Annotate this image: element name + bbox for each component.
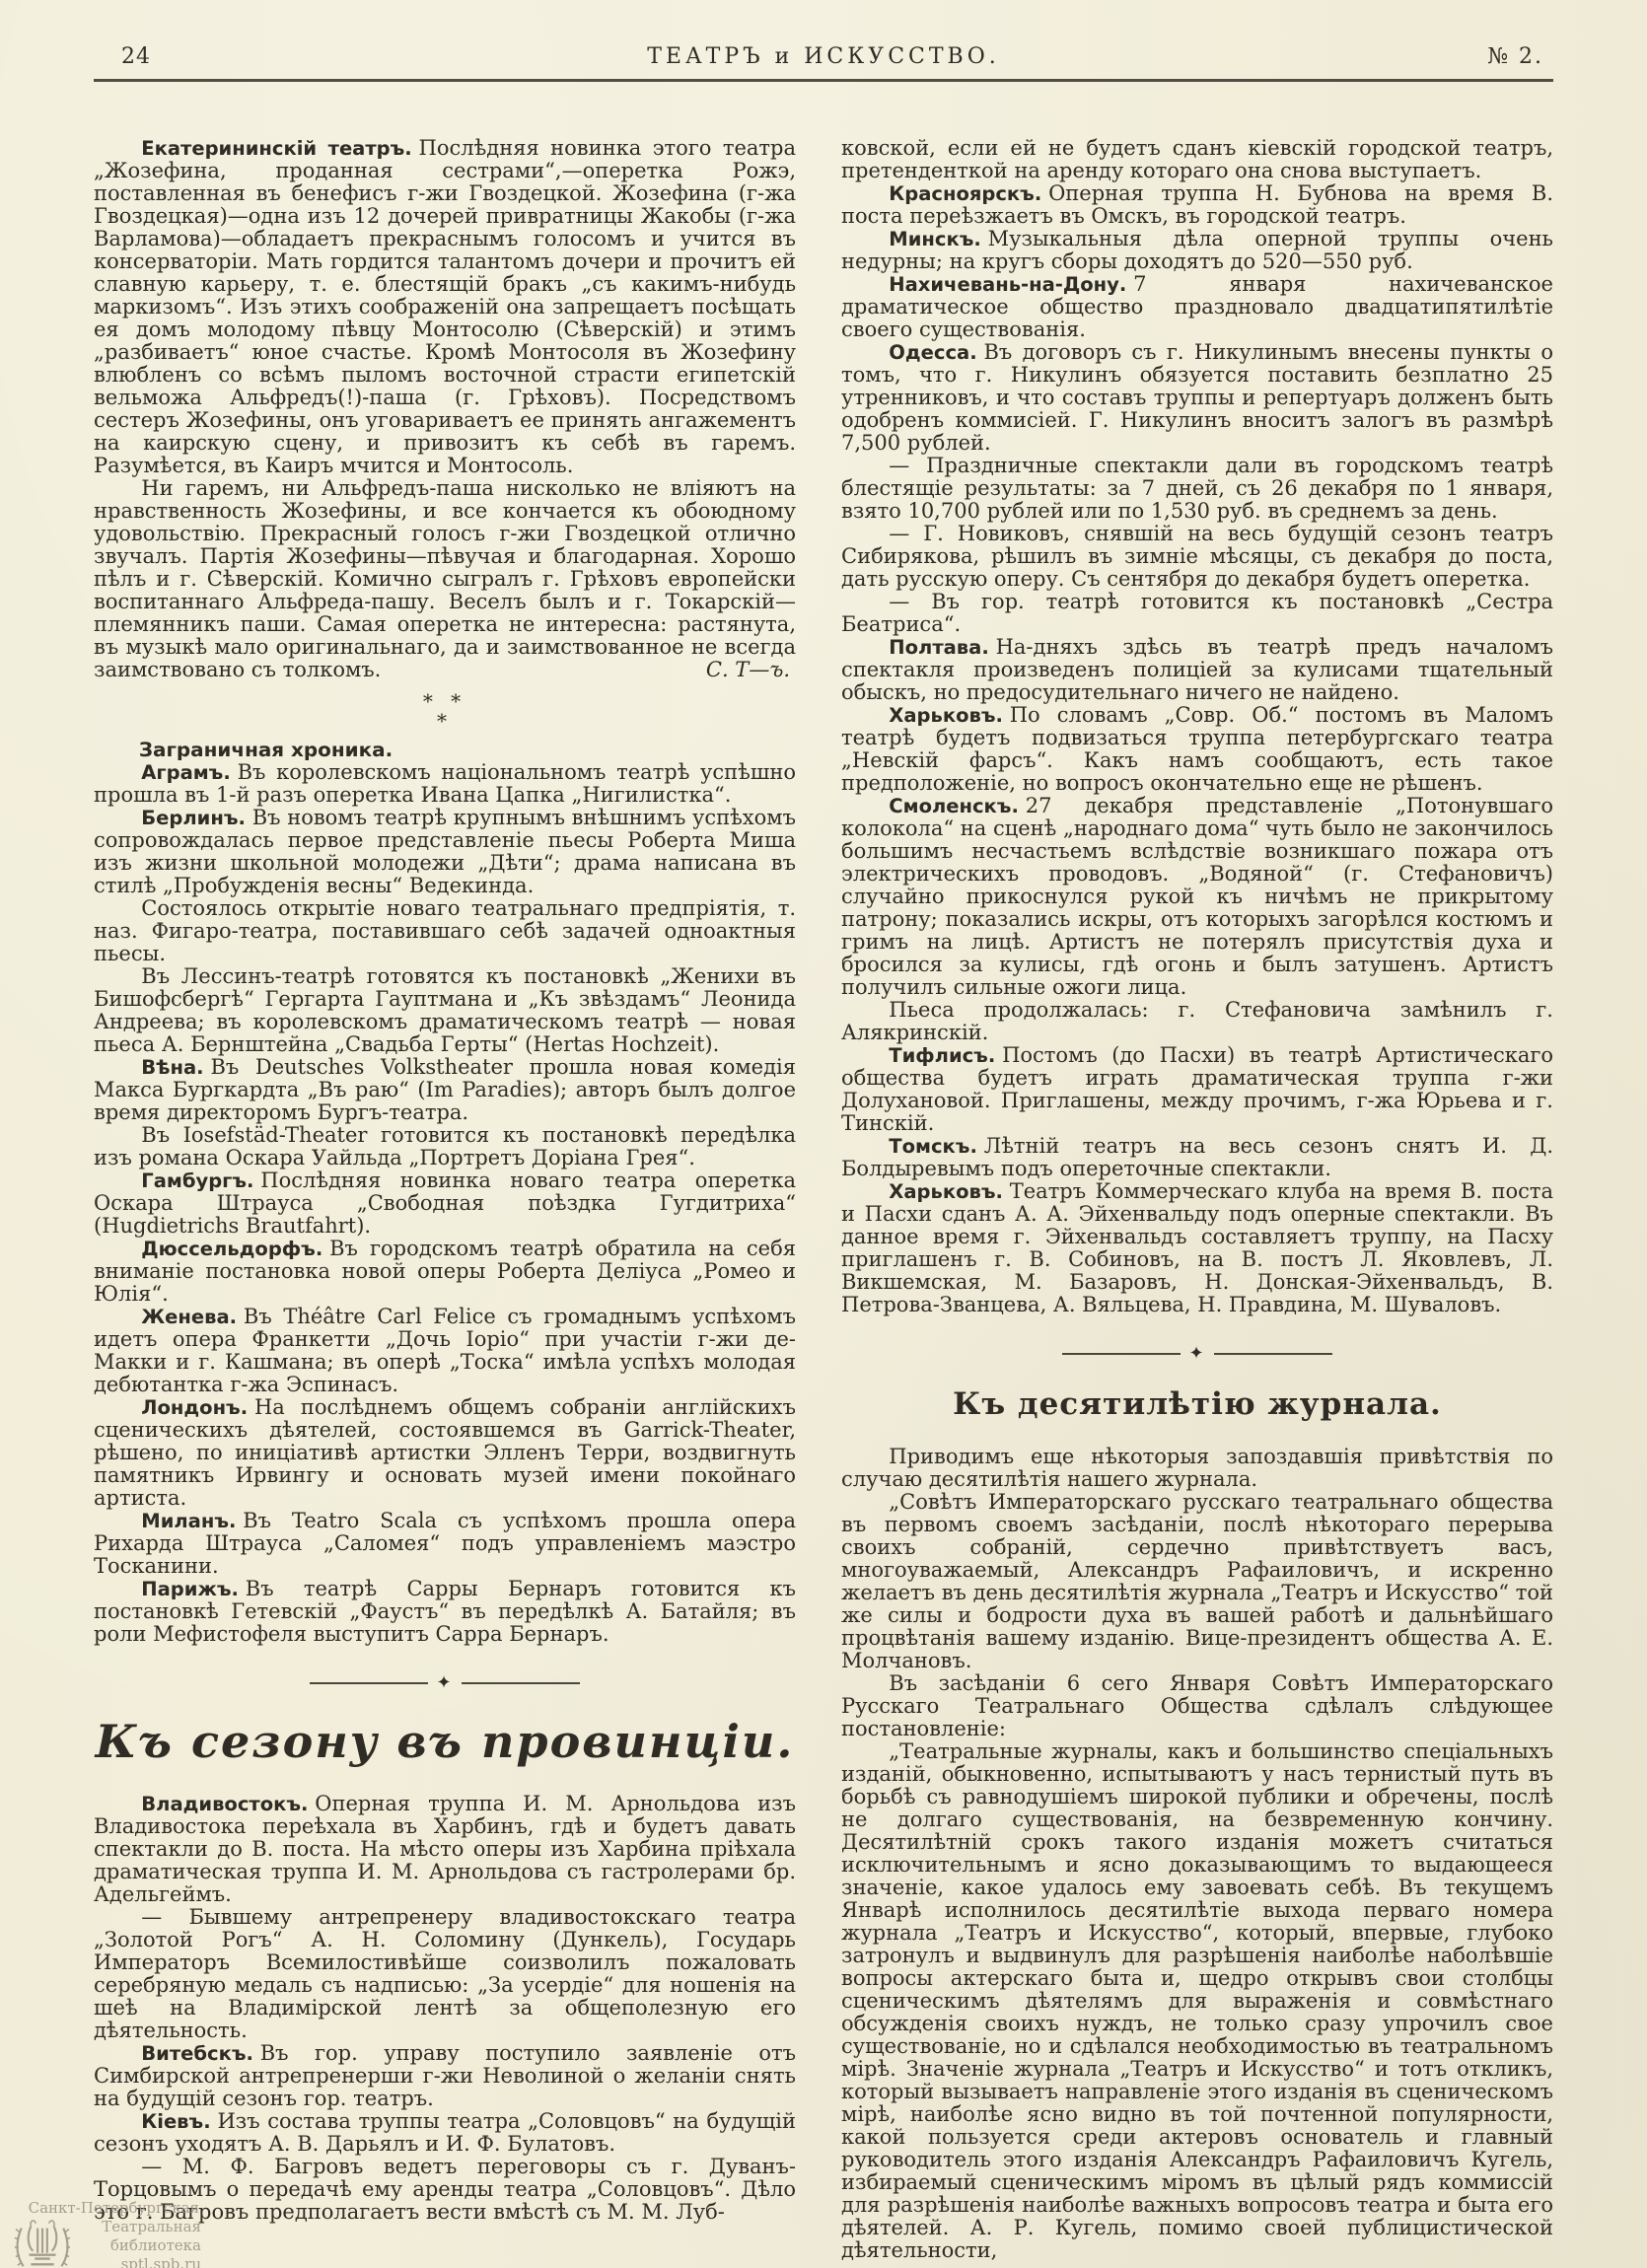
news-item: Смоленскъ.27 декабря представленіе „Пото… <box>841 795 1553 999</box>
season-text: — Бывшему антрепренеру владивостокскаго … <box>94 1905 796 2042</box>
two-column-layout: Екатерининскій театръ.Послѣдняя новинка … <box>0 137 1647 2262</box>
chronicle-text: Въ Iosefstäd-Theater готовится къ постан… <box>94 1123 796 1169</box>
season-city: Кіевъ. <box>141 2110 210 2133</box>
news-item: — Въ гор. театрѣ готовится къ постановкѣ… <box>841 591 1553 636</box>
right-column: ковской, если ей не будетъ сданъ кіевскі… <box>841 137 1553 2262</box>
left-column: Екатерининскій театръ.Послѣдняя новинка … <box>94 137 796 2262</box>
chronicle-item: Вѣна.Въ Deutsches Volkstheater прошла но… <box>94 1056 796 1124</box>
chronicle-text: Въ Лессинъ-театрѣ готовятся къ постановк… <box>94 964 796 1056</box>
anniversary-text: „Театральные журналы, какъ и большинство… <box>841 1739 1553 2262</box>
chronicle-city: Гамбургъ. <box>141 1169 253 1192</box>
news-text: Пьеса продолжалась: г. Стефановича замѣн… <box>841 998 1553 1044</box>
anniversary-paragraph: Въ засѣданіи 6 сего Января Совѣтъ Импера… <box>841 1672 1553 1740</box>
chronicle-city: Аграмъ. <box>141 761 230 784</box>
news-item: ковской, если ей не будетъ сданъ кіевскі… <box>841 137 1553 182</box>
season-city: Витебскъ. <box>141 2042 253 2065</box>
season-item: Витебскъ.Въ гор. управу поступило заявле… <box>94 2042 796 2110</box>
season-city: Владивостокъ. <box>141 1793 308 1815</box>
news-text: — Праздничные спектакли дали въ городско… <box>841 454 1553 523</box>
chronicle-item: Лондонъ.На послѣднемъ общемъ собраніи ан… <box>94 1396 796 1510</box>
review-text: Послѣдняя новинка этого театра „Жозефина… <box>94 136 796 477</box>
news-item: Пьеса продолжалась: г. Стефановича замѣн… <box>841 999 1553 1044</box>
divider-ornament-icon: ✦ <box>1188 1342 1205 1365</box>
anniversary-paragraph: „Театральные журналы, какъ и большинство… <box>841 1740 1553 2262</box>
chronicle-item: Миланъ.Въ Teatro Scala съ успѣхомъ прошл… <box>94 1510 796 1578</box>
lyre-icon <box>14 2215 71 2268</box>
scanned-journal-page: 24 ТЕАТРЪ и ИСКУССТВО. № 2. Екатерининск… <box>0 0 1647 2268</box>
season-item: Кіевъ.Изъ состава труппы театра „Соловцо… <box>94 2110 796 2156</box>
review-paragraph: Ни гаремъ, ни Альфредъ-паша нисколько не… <box>94 477 796 681</box>
chronicle-city: Миланъ. <box>141 1510 236 1532</box>
header-rule <box>94 79 1553 82</box>
anniversary-text: „Совѣтъ Императорскаго русскаго театраль… <box>841 1490 1553 1672</box>
news-text: 27 декабря представленіе „Потонувшаго ко… <box>841 794 1553 999</box>
theatre-review-article: Екатерининскій театръ.Послѣдняя новинка … <box>94 137 796 681</box>
divider-line <box>1062 1353 1181 1355</box>
asterisk-row: * <box>94 711 796 731</box>
news-item: Тифлисъ.Постомъ (до Пасхи) въ театрѣ Арт… <box>841 1044 1553 1135</box>
news-city: Минскъ. <box>889 228 980 250</box>
news-item: Харьковъ.По словамъ „Совр. Об.“ постомъ … <box>841 704 1553 795</box>
news-item: Томскъ.Лѣтній театръ на весь сезонъ снят… <box>841 1135 1553 1180</box>
review-paragraph: Екатерининскій театръ.Послѣдняя новинка … <box>94 137 796 477</box>
anniversary-paragraphs: Приводимъ еще нѣкоторыя запоздавшія прив… <box>841 1446 1553 2262</box>
news-city: Одесса. <box>889 341 976 364</box>
season-in-province-heading: Къ сезону въ провинціи. <box>94 1716 796 1767</box>
news-item: Полтава.На-дняхъ здѣсь въ театрѣ предъ н… <box>841 636 1553 704</box>
anniversary-text: Приводимъ еще нѣкоторыя запоздавшія прив… <box>841 1445 1553 1491</box>
news-city: Томскъ. <box>889 1135 977 1158</box>
provincial-news-items: ковской, если ей не будетъ сданъ кіевскі… <box>841 137 1553 1316</box>
news-item: — Г. Новиковъ, снявшій на весь будущій с… <box>841 523 1553 591</box>
chronicle-item: Аграмъ.Въ королевскомъ національномъ теа… <box>94 761 796 807</box>
chronicle-city: Парижъ. <box>141 1578 239 1600</box>
asterisk-row: * * <box>94 691 796 711</box>
chronicle-item: Дюссельдорфъ.Въ городскомъ театрѣ обрати… <box>94 1238 796 1306</box>
journal-title: ТЕАТРЪ и ИСКУССТВО. <box>94 45 1553 68</box>
news-item: — Праздничные спектакли дали въ городско… <box>841 455 1553 523</box>
season-item: — Бывшему антрепренеру владивостокскаго … <box>94 1906 796 2042</box>
anniversary-text: Въ засѣданіи 6 сего Января Совѣтъ Импера… <box>841 1671 1553 1740</box>
review-text: Ни гаремъ, ни Альфредъ-паша нисколько не… <box>94 476 796 681</box>
divider-line <box>462 1682 580 1684</box>
chronicle-city: Берлинъ. <box>141 807 246 829</box>
news-city: Харьковъ. <box>889 704 1003 727</box>
chronicle-city: Вѣна. <box>141 1056 203 1079</box>
review-lead: Екатерининскій театръ. <box>141 137 411 160</box>
news-city: Смоленскъ. <box>889 795 1019 817</box>
library-watermark: Санкт-Петербургская Театральная библиоте… <box>14 2199 201 2268</box>
chronicle-item: Женева.Въ Théâtre Carl Felice съ громадн… <box>94 1306 796 1396</box>
news-city: Тифлисъ. <box>889 1044 995 1067</box>
chronicle-item: Въ Iosefstäd-Theater готовится къ постан… <box>94 1124 796 1169</box>
news-item: Красноярскъ.Оперная труппа Н. Бубнова на… <box>841 182 1553 228</box>
divider-line <box>1214 1353 1332 1355</box>
news-item: Одесса.Въ договоръ съ г. Никулинымъ внес… <box>841 341 1553 455</box>
chronicle-text: Состоялось открытіе новаго театральнаго … <box>94 896 796 965</box>
news-text: — Въ гор. театрѣ готовится къ постановкѣ… <box>841 590 1553 636</box>
news-city: Полтава. <box>889 636 988 659</box>
chronicle-item: Парижъ.Въ театрѣ Сарры Бернаръ готовится… <box>94 1578 796 1646</box>
issue-number: № 2. <box>1487 45 1543 68</box>
chronicle-item: Берлинъ.Въ новомъ театрѣ крупнымъ внѣшни… <box>94 807 796 897</box>
asterisk-divider: * * * <box>94 691 796 731</box>
ornament-divider: ✦ <box>841 1342 1553 1365</box>
news-text: — Г. Новиковъ, снявшій на весь будущій с… <box>841 522 1553 591</box>
ornament-divider: ✦ <box>94 1671 796 1694</box>
divider-line <box>310 1682 428 1684</box>
chronicle-city: Женева. <box>141 1306 237 1328</box>
chronicle-item: Въ Лессинъ-театрѣ готовятся къ постановк… <box>94 965 796 1056</box>
anniversary-paragraph: Приводимъ еще нѣкоторыя запоздавшія прив… <box>841 1446 1553 1491</box>
season-item: Владивостокъ.Оперная труппа И. М. Арноль… <box>94 1793 796 1906</box>
season-items: Владивостокъ.Оперная труппа И. М. Арноль… <box>94 1793 796 2224</box>
news-item: Нахичевань-на-Дону.7 января нахичеванско… <box>841 273 1553 341</box>
news-item: Харьковъ.Театръ Коммерческаго клуба на в… <box>841 1180 1553 1316</box>
news-city: Красноярскъ. <box>889 182 1041 205</box>
news-text: ковской, если ей не будетъ сданъ кіевскі… <box>841 136 1553 182</box>
anniversary-paragraph: „Совѣтъ Императорскаго русскаго театраль… <box>841 1491 1553 1672</box>
journal-anniversary-heading: Къ десятилѣтію журнала. <box>841 1386 1553 1422</box>
foreign-chronicle-heading: Заграничная хроника. <box>94 739 796 761</box>
foreign-chronicle-items: Аграмъ.Въ королевскомъ національномъ теа… <box>94 761 796 1646</box>
chronicle-item: Состоялось открытіе новаго театральнаго … <box>94 897 796 965</box>
news-city: Нахичевань-на-Дону. <box>889 273 1126 296</box>
page-header: 24 ТЕАТРЪ и ИСКУССТВО. № 2. <box>94 45 1553 71</box>
news-item: Минскъ.Музыкальныя дѣла оперной труппы о… <box>841 228 1553 273</box>
chronicle-item: Гамбургъ.Послѣдняя новинка новаго театра… <box>94 1169 796 1238</box>
chronicle-city: Лондонъ. <box>141 1396 248 1419</box>
news-city: Харьковъ. <box>889 1180 1003 1203</box>
divider-ornament-icon: ✦ <box>436 1671 453 1694</box>
chronicle-city: Дюссельдорфъ. <box>141 1238 322 1260</box>
